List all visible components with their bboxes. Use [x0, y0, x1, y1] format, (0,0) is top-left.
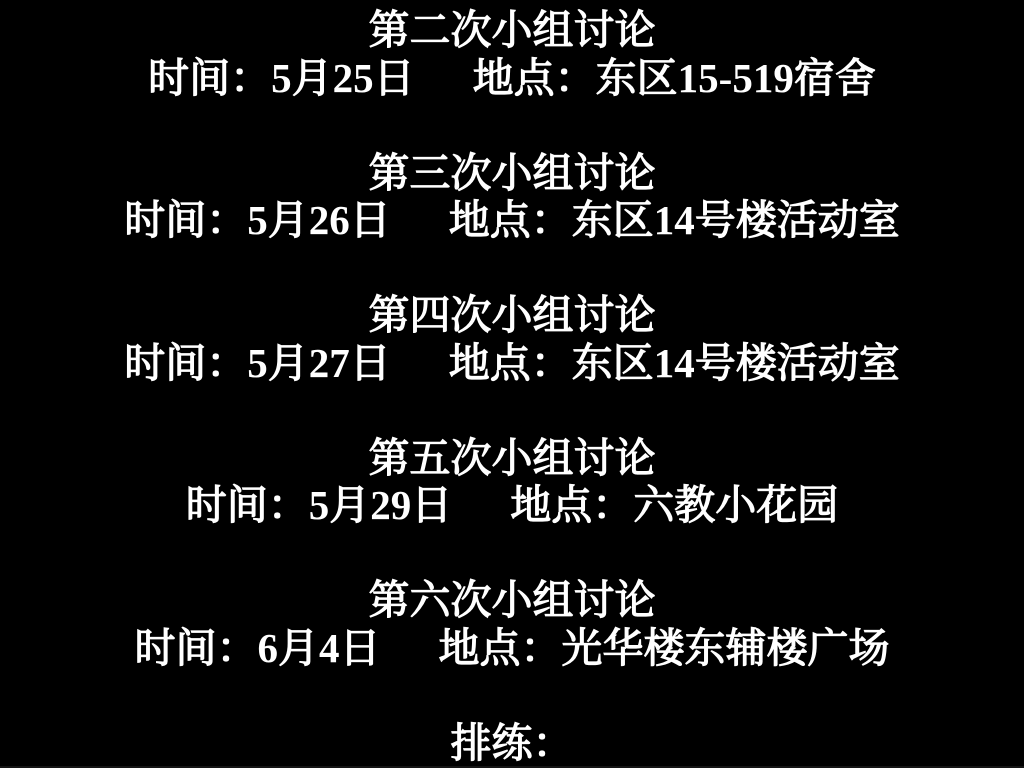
session-time-label: 时间：: [124, 340, 247, 386]
session-place-value: 东区14号楼活动室: [572, 340, 900, 386]
session-title: 第六次小组讨论: [0, 577, 1024, 625]
session-detail: 时间：6月4日地点：光华楼东辅楼广场: [0, 625, 1024, 673]
session-time-label: 时间：: [186, 482, 309, 528]
session-title: 第二次小组讨论: [0, 7, 1024, 55]
session-title: 第五次小组讨论: [0, 435, 1024, 483]
blank-line: [0, 102, 1024, 150]
session-time-value: 5月29日: [309, 482, 453, 528]
blank-line: [0, 672, 1024, 720]
session-place-value: 六教小花园: [633, 482, 838, 528]
session-place-value: 东区15-519宿舍: [596, 55, 876, 101]
session-place-label: 地点：: [449, 197, 572, 243]
blank-line: [0, 387, 1024, 435]
footer-heading: 排练：: [0, 720, 1024, 768]
session-place-value: 光华楼东辅楼广场: [562, 625, 890, 671]
session-detail: 时间：5月27日地点：东区14号楼活动室: [0, 340, 1024, 388]
blank-line: [0, 245, 1024, 293]
session-time-label: 时间：: [135, 625, 258, 671]
session-place-label: 地点：: [449, 340, 572, 386]
session-time-value: 5月26日: [247, 197, 391, 243]
session-detail: 时间：5月25日地点：东区15-519宿舍: [0, 55, 1024, 103]
session-place-value: 东区14号楼活动室: [572, 197, 900, 243]
session-time-label: 时间：: [124, 197, 247, 243]
session-place-label: 地点：: [439, 625, 562, 671]
session-detail: 时间：5月29日地点：六教小花园: [0, 482, 1024, 530]
session-title: 第四次小组讨论: [0, 292, 1024, 340]
session-time-value: 5月25日: [271, 55, 415, 101]
session-title: 第三次小组讨论: [0, 150, 1024, 198]
session-place-label: 地点：: [510, 482, 633, 528]
session-time-value: 5月27日: [247, 340, 391, 386]
presentation-slide: 第二次小组讨论 时间：5月25日地点：东区15-519宿舍 第三次小组讨论 时间…: [0, 7, 1024, 767]
session-place-label: 地点：: [473, 55, 596, 101]
blank-line: [0, 530, 1024, 578]
session-time-value: 6月4日: [258, 625, 381, 671]
session-detail: 时间：5月26日地点：东区14号楼活动室: [0, 197, 1024, 245]
session-time-label: 时间：: [148, 55, 271, 101]
